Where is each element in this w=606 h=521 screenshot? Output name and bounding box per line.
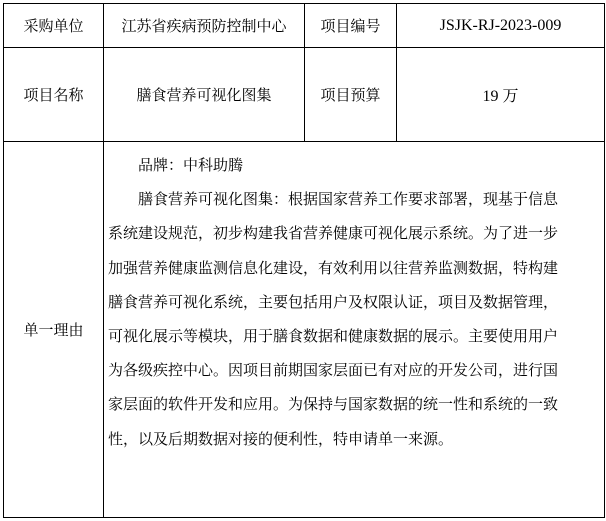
purchaser-value: 江苏省疾病预防控制中心 — [104, 4, 305, 48]
reason-line-4: 膳食营养可视化系统，主要包括用户及权限认证，项目及数据管理， — [108, 285, 600, 319]
project-name-value: 膳食营养可视化图集 — [104, 48, 305, 142]
project-budget-value: 19 万 — [397, 48, 605, 142]
reason-line-7: 家层面的软件开发和应用。为保持与国家数据的统一性和系统的一致 — [108, 387, 600, 421]
project-name-label: 项目名称 — [4, 48, 104, 142]
reason-line-3: 加强营养健康监测信息化建设，有效利用以往营养监测数据，特构建 — [108, 251, 600, 285]
table-row-project-name: 项目名称 膳食营养可视化图集 项目预算 19 万 — [4, 48, 605, 142]
table-row-purchaser: 采购单位 江苏省疾病预防控制中心 项目编号 JSJK-RJ-2023-009 — [4, 4, 605, 48]
reason-content: 品牌：中科助腾 膳食营养可视化图集：根据国家营养工作要求部署，现基于信息 系统建… — [104, 142, 605, 518]
reason-line-1: 膳食营养可视化图集：根据国家营养工作要求部署，现基于信息 — [108, 182, 600, 216]
project-number-label: 项目编号 — [305, 4, 397, 48]
table-row-reason: 单一理由 品牌：中科助腾 膳食营养可视化图集：根据国家营养工作要求部署，现基于信… — [4, 142, 605, 518]
project-budget-label: 项目预算 — [305, 48, 397, 142]
reason-line-8: 性，以及后期数据对接的便利性，特申请单一来源。 — [108, 422, 600, 456]
purchaser-label: 采购单位 — [4, 4, 104, 48]
project-number-value: JSJK-RJ-2023-009 — [397, 4, 605, 48]
reason-line-5: 可视化展示等模块，用于膳食数据和健康数据的展示。主要使用用户 — [108, 319, 600, 353]
reason-line-2: 系统建设规范，初步构建我省营养健康可视化展示系统。为了进一步 — [108, 216, 600, 250]
reason-line-6: 为各级疾控中心。因项目前期国家层面已有对应的开发公司，进行国 — [108, 353, 600, 387]
reason-label: 单一理由 — [4, 142, 104, 518]
brand-line: 品牌：中科助腾 — [108, 148, 600, 182]
procurement-info-table: 采购单位 江苏省疾病预防控制中心 项目编号 JSJK-RJ-2023-009 项… — [3, 3, 605, 518]
